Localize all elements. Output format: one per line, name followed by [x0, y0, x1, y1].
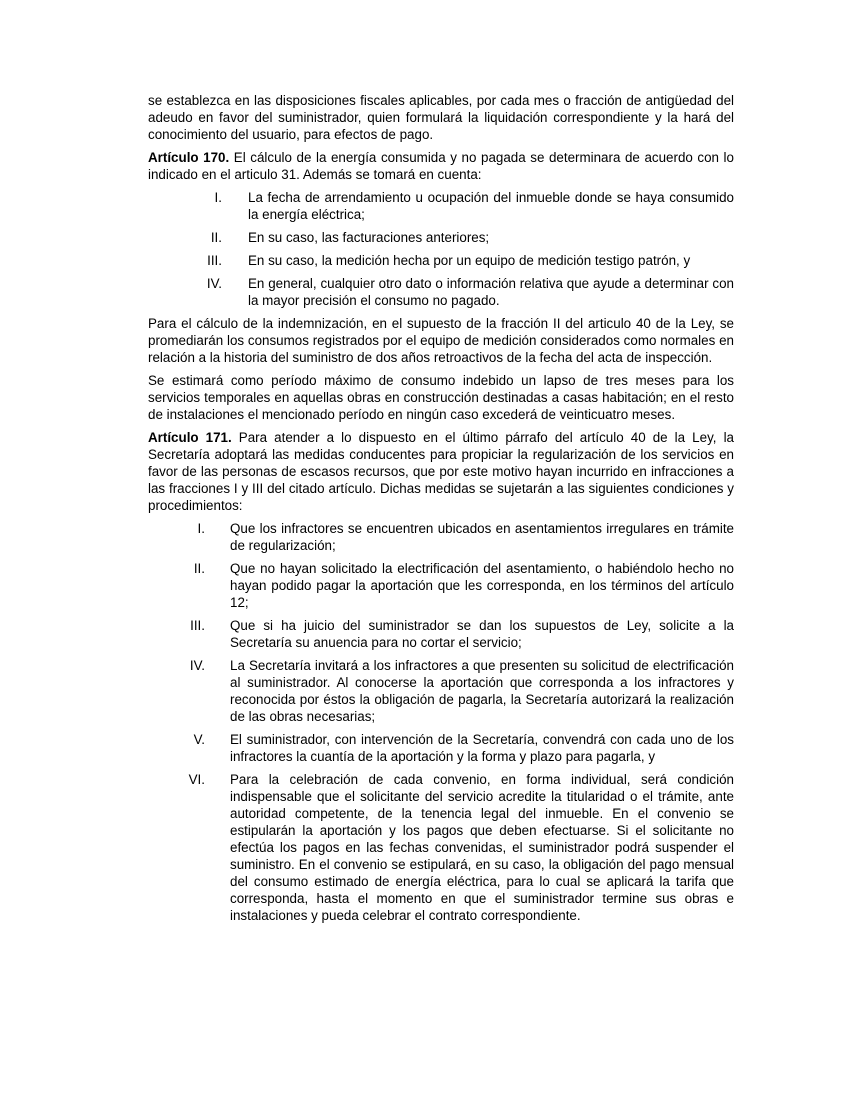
list-item-text: El suministrador, con intervención de la… — [230, 731, 734, 765]
roman-numeral: III. — [148, 252, 248, 269]
roman-numeral: VI. — [148, 771, 230, 924]
article-170-text: El cálculo de la energía consumida y no … — [148, 150, 734, 182]
list-item-text: Para la celebración de cada convenio, en… — [230, 771, 734, 924]
article-170-label: Artículo 170. — [148, 150, 229, 165]
list-item-text: La fecha de arrendamiento u ocupación de… — [248, 189, 734, 223]
list-item-171-5: V. El suministrador, con intervención de… — [148, 731, 734, 765]
roman-numeral: I. — [148, 520, 230, 554]
article-171-label: Artículo 171. — [148, 430, 232, 445]
roman-numeral: IV. — [148, 657, 230, 725]
list-item-170-2: II. En su caso, las facturaciones anteri… — [148, 229, 734, 246]
list-item-text: Que los infractores se encuentren ubicad… — [230, 520, 734, 554]
list-item-text: En su caso, la medición hecha por un equ… — [248, 252, 734, 269]
list-item-171-1: I. Que los infractores se encuentren ubi… — [148, 520, 734, 554]
roman-numeral: IV. — [148, 275, 248, 309]
list-item-text: Que no hayan solicitado la electrificaci… — [230, 560, 734, 611]
list-item-171-3: III. Que si ha juicio del suministrador … — [148, 617, 734, 651]
list-item-170-1: I. La fecha de arrendamiento u ocupación… — [148, 189, 734, 223]
paragraph-intro-continuation: se establezca en las disposiciones fisca… — [148, 92, 734, 143]
roman-numeral: I. — [148, 189, 248, 223]
article-171-paragraph: Artículo 171. Para atender a lo dispuest… — [148, 429, 734, 514]
roman-numeral: II. — [148, 560, 230, 611]
list-item-170-3: III. En su caso, la medición hecha por u… — [148, 252, 734, 269]
roman-numeral: II. — [148, 229, 248, 246]
list-item-text: En general, cualquier otro dato o inform… — [248, 275, 734, 309]
list-item-text: La Secretaría invitará a los infractores… — [230, 657, 734, 725]
list-item-170-4: IV. En general, cualquier otro dato o in… — [148, 275, 734, 309]
paragraph-indemnizacion: Para el cálculo de la indemnización, en … — [148, 315, 734, 366]
article-171-text: Para atender a lo dispuesto en el último… — [148, 430, 734, 513]
paragraph-periodo-maximo: Se estimará como período máximo de consu… — [148, 372, 734, 423]
list-item-171-6: VI. Para la celebración de cada convenio… — [148, 771, 734, 924]
list-item-171-2: II. Que no hayan solicitado la electrifi… — [148, 560, 734, 611]
list-item-171-4: IV. La Secretaría invitará a los infract… — [148, 657, 734, 725]
article-170-paragraph: Artículo 170. El cálculo de la energía c… — [148, 149, 734, 183]
document-page: se establezca en las disposiciones fisca… — [0, 0, 850, 1100]
roman-numeral: III. — [148, 617, 230, 651]
list-item-text: En su caso, las facturaciones anteriores… — [248, 229, 734, 246]
roman-numeral: V. — [148, 731, 230, 765]
list-item-text: Que si ha juicio del suministrador se da… — [230, 617, 734, 651]
